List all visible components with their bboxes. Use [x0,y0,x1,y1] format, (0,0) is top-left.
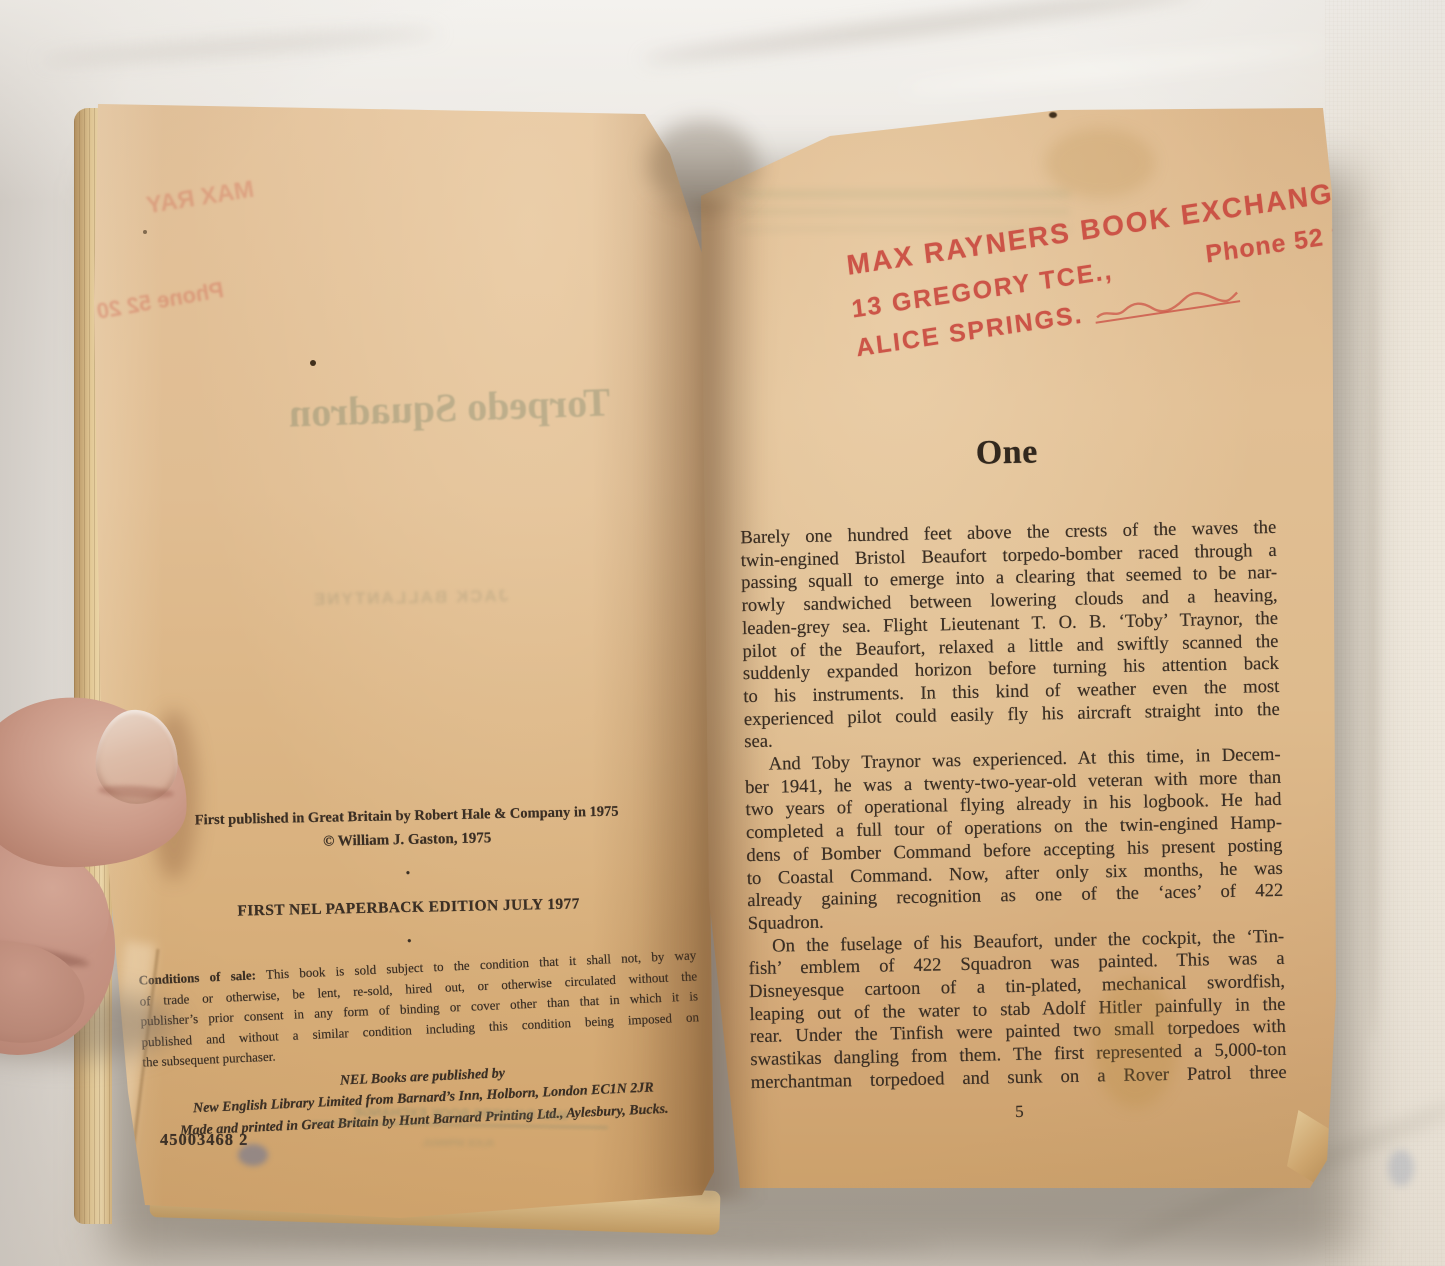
show-through-red-stamp-fragment: MAX RAY [144,176,256,221]
print-code: 45003468 2 [160,1130,248,1150]
body-text: Barely one hundred feet above the crests… [740,517,1287,1095]
chapter-text-column: One Barely one hundred feet above the cr… [738,429,1287,1127]
gutter-top-shadow [648,120,758,210]
chapter-heading: One [738,429,1275,477]
show-through-stamp-echo-2: ALICE SPRINGS. [368,1138,548,1148]
paragraph-2: And Toby Traynor was experienced. At thi… [744,744,1283,936]
show-through-author-name: JACK BALLANTYNE [285,586,535,610]
paper-stain [1093,978,1178,1108]
stamp-scribble [1092,282,1243,326]
paper-stain [1045,128,1155,198]
blue-ink-smudge [238,1144,268,1166]
page-number: 5 [751,1096,1287,1126]
ink-smudge-on-fabric [1388,1150,1414,1186]
paragraph-3: On the fuselage of his Beaufort, under t… [748,925,1287,1094]
paragraph-1: Barely one hundred feet above the crests… [740,517,1280,754]
paper-speck [143,230,147,234]
show-through-book-title: Torpedo Squadron [251,377,647,438]
right-page: MAX RAYNERS BOOK EXCHANGE 13 GREGORY TCE… [695,98,1367,1203]
paper-speck [310,360,316,366]
fabric-wrinkle [1368,220,1378,1040]
show-through-red-phone-fragment: Phone 52 20 [95,277,226,325]
hand [0,560,260,1040]
paper-speck [1049,112,1057,118]
